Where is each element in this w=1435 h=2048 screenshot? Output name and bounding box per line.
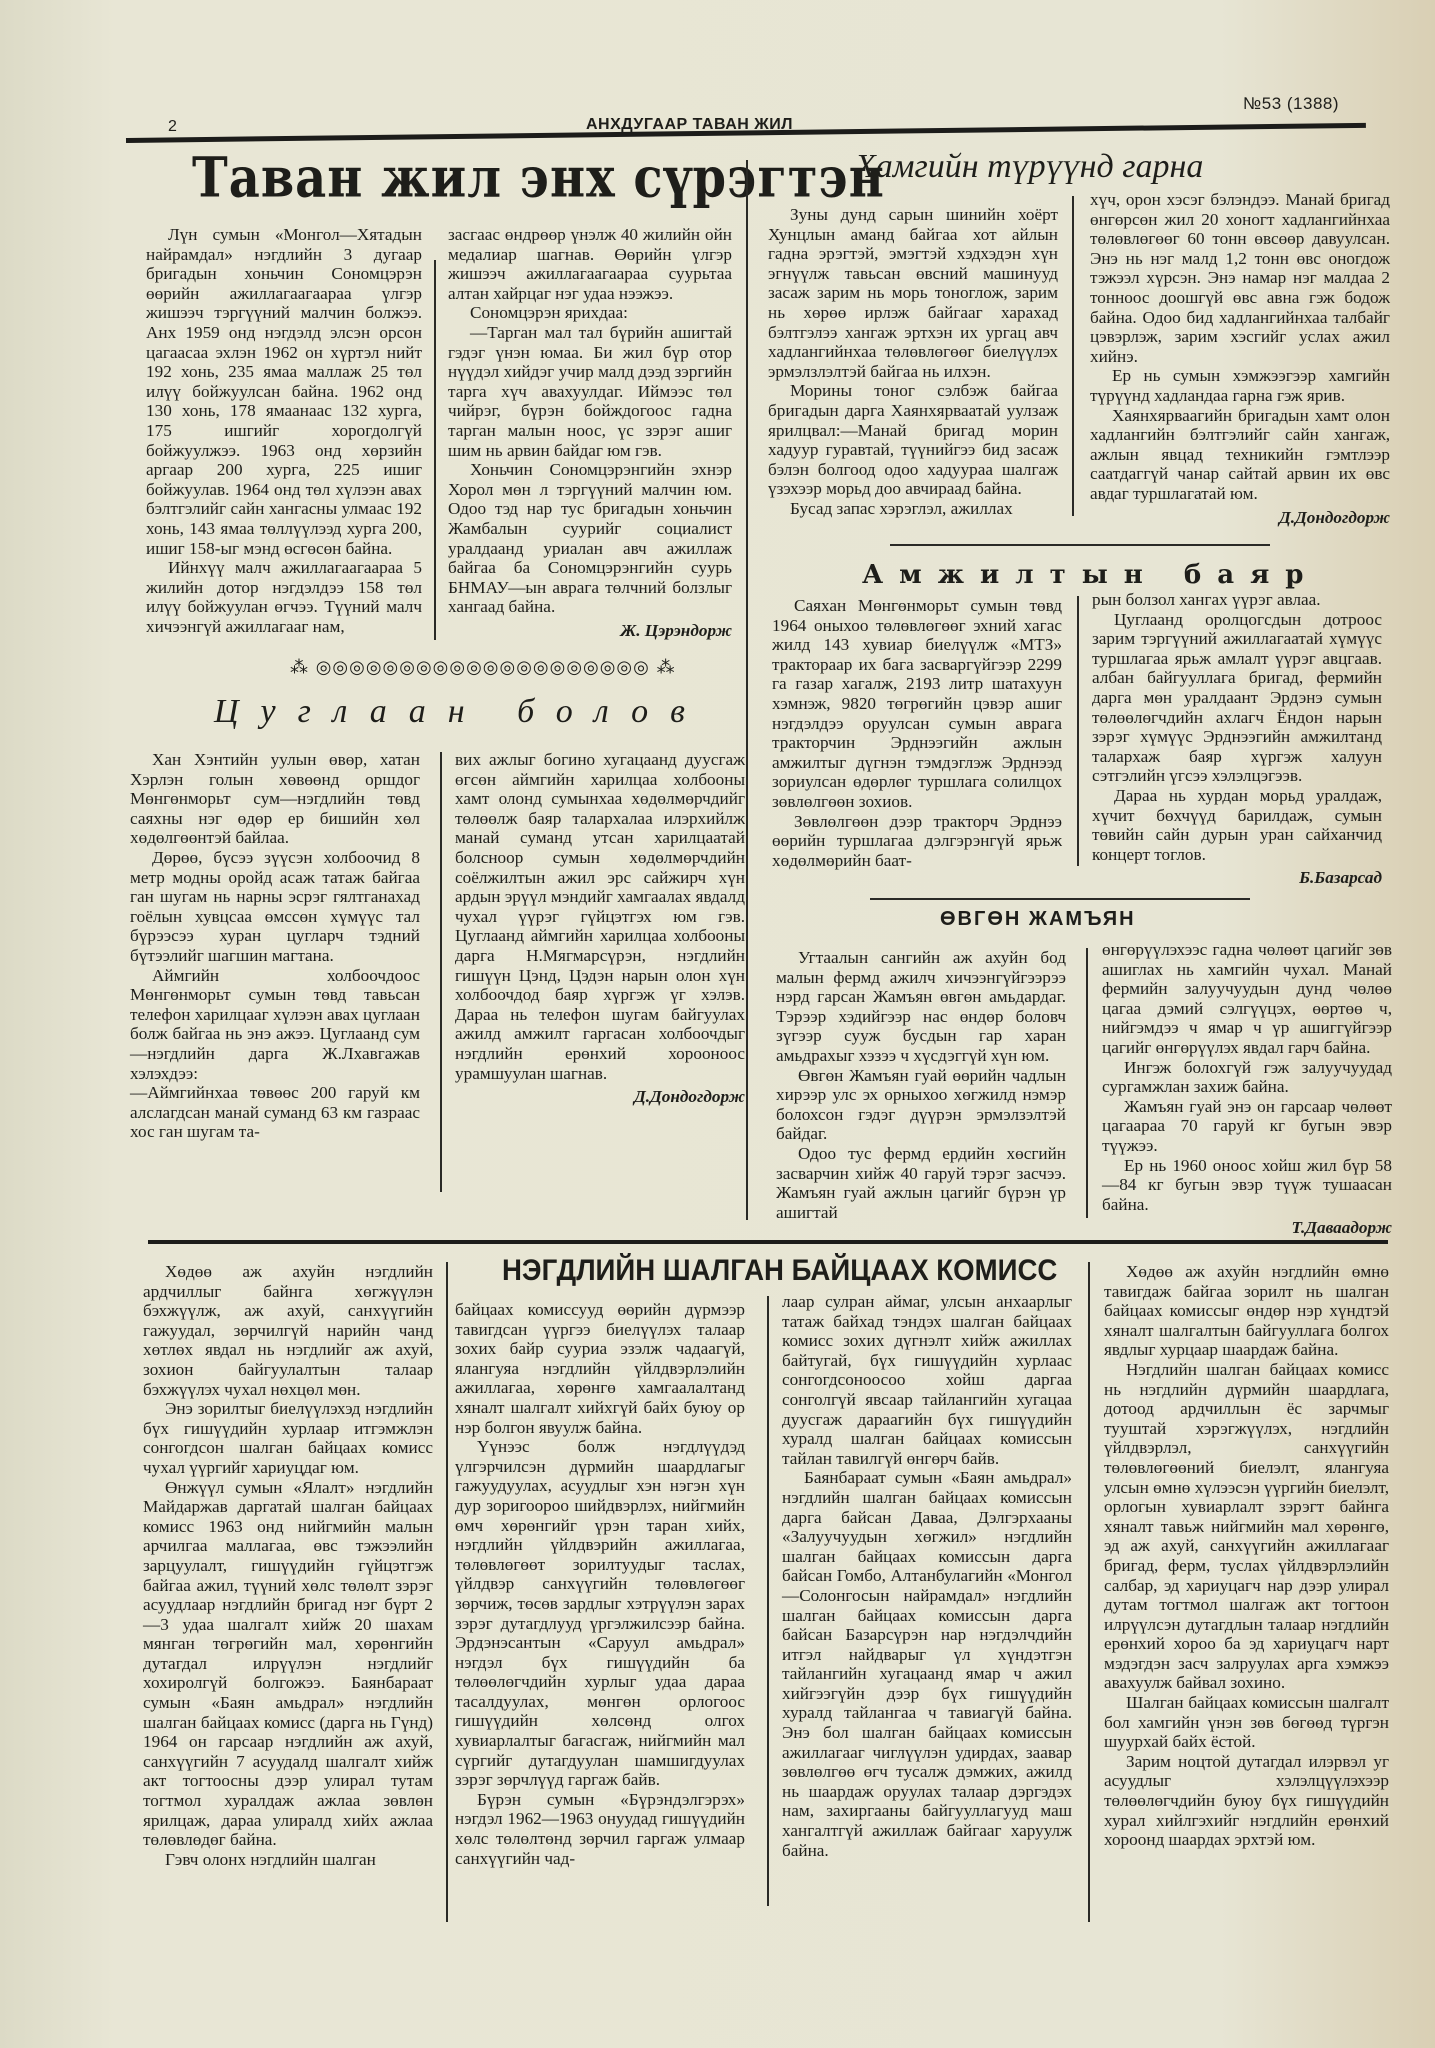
column-divider — [1072, 196, 1074, 516]
paragraph: Ер нь 1960 оноос хойш жил бүр 58—84 кг б… — [1102, 1156, 1392, 1215]
paragraph: өнгөрүүлэхээс гадна чөлөөт цагийг зөв аш… — [1102, 940, 1392, 1058]
headline-tavan-jil: Таван жил энх сүрэгтэн — [192, 146, 885, 210]
ovgon-col1: Угтаалын сангийн аж ахуйн бод малын ферм… — [776, 948, 1066, 1222]
paragraph: Одоо тус фермд ердийн хөсгийн засварчин … — [776, 1144, 1066, 1222]
paragraph: рын болзол хангах үүрэг авлаа. — [1092, 590, 1382, 610]
author-signature: Д.Дондогдорж — [455, 1087, 745, 1107]
author-signature: Б.Базарсад — [1092, 868, 1382, 888]
paragraph: вих ажлыг богино хугацаанд дуусгаж өгсөн… — [455, 750, 745, 1083]
column-divider — [440, 752, 442, 1192]
column-divider — [1077, 596, 1079, 866]
shalgan-col3: лаар сулран аймаг, улсын анхаарлыг татаж… — [782, 1292, 1072, 1860]
headline-ovgon: ӨВГӨН ЖАМЪЯН — [940, 908, 1136, 931]
paragraph: Хоньчин Сономцэрэнгийн эхнэр Хорол мөн л… — [448, 460, 732, 617]
headline-hamgiin-turuund: Хамгийн түрүүнд гарна — [855, 148, 1203, 186]
column-divider — [1088, 1262, 1090, 1922]
paragraph: Дараа нь хурдан морьд уралдаж, хүчит бөх… — [1092, 786, 1382, 864]
author-signature: Д.Дондогдорж — [1090, 508, 1390, 528]
headline-amjilt: Амжилтын баяр — [862, 560, 1319, 590]
newspaper-page: 2 АНХДУГААР ТАВАН ЖИЛ №53 (1388) Таван ж… — [0, 0, 1435, 2048]
paragraph: Энэ зорилтыг биелүүлэхэд нэгдлийн бүх ги… — [143, 1399, 433, 1477]
paragraph: Хан Хэнтийн уулын өвөр, хатан Хэрлэн гол… — [130, 750, 420, 848]
paragraph: Гэвч олонх нэгдлийн шалган — [143, 1850, 433, 1870]
paragraph: Ингэж болохгүй гэж залуучуудад сургамжла… — [1102, 1058, 1392, 1097]
column-divider — [446, 1262, 448, 1922]
paragraph: Хаянхярваагийн бригадын хамт олон хадлан… — [1090, 406, 1390, 504]
paragraph: Нэгдлийн шалган байцаах комисс нь нэгдли… — [1104, 1360, 1389, 1693]
lower-section-rule — [148, 1240, 1388, 1244]
ovgon-col2: өнгөрүүлэхээс гадна чөлөөт цагийг зөв аш… — [1102, 940, 1392, 1238]
paragraph: байцаах комиссууд өөрийн дүрмээр тавигдс… — [455, 1300, 745, 1437]
paragraph: Ийнхүү малч ажиллагаагаараа 5 жилийн дот… — [146, 558, 422, 636]
paragraph: Сономцэрэн ярихдаа: — [448, 303, 732, 323]
issue-number: №53 (1388) — [1243, 94, 1339, 114]
paragraph: хүч, орон хэсэг бэлэндээ. Манай бригад ө… — [1090, 190, 1390, 366]
paragraph: Бусад запас хэрэглэл, ажиллах — [768, 499, 1058, 519]
page-column-divider — [746, 160, 748, 1220]
paragraph: Лүн сумын «Монгол—Хятадын найрамдал» нэг… — [146, 225, 422, 558]
paragraph: Баянбараат сумын «Баян амьдрал» нэгдлийн… — [782, 1468, 1072, 1860]
column-divider — [767, 1296, 769, 1906]
page-number: 2 — [168, 118, 177, 136]
shalgan-col4: Хөдөө аж ахуйн нэгдлийн өмнө тавигдаж ба… — [1104, 1262, 1389, 1850]
section-rule — [870, 898, 1250, 900]
column-divider — [1086, 948, 1088, 1218]
author-signature: Т.Даваадорж — [1102, 1218, 1392, 1238]
paragraph: Саяхан Мөнгөнморьт сумын төвд 1964 оныхо… — [772, 596, 1062, 812]
paragraph: Цуглаанд оролцогсдын дотроос зарим тэргү… — [1092, 610, 1382, 786]
tsuglaan-col1: Хан Хэнтийн уулын өвөр, хатан Хэрлэн гол… — [130, 750, 420, 1142]
paragraph: Шалган байцаах комиссын шалгалт бол хамг… — [1104, 1693, 1389, 1752]
paragraph: —Аймгийнхаа төвөөс 200 гаруй км алслагдс… — [130, 1083, 420, 1142]
paragraph: Ер нь сумын хэмжээгээр хамгийн түрүүнд х… — [1090, 366, 1390, 405]
tsuglaan-col2: вих ажлыг богино хугацаанд дуусгаж өгсөн… — [455, 750, 745, 1107]
paragraph: Өнжүүл сумын «Ялалт» нэгдлийн Майдаржав … — [143, 1478, 433, 1850]
amjilt-col1: Саяхан Мөнгөнморьт сумын төвд 1964 оныхо… — [772, 596, 1062, 870]
paragraph: засгаас өндрөөр үнэлж 40 жилийн ойн меда… — [448, 225, 732, 303]
headline-tsuglaan: Цуглаан болов — [214, 693, 707, 731]
paragraph: Жамъян гуай энэ он гарсаар чөлөөт цагаар… — [1102, 1097, 1392, 1156]
paragraph: Өвгөн Жамъян гуай өөрийн чадлын хирээр у… — [776, 1066, 1066, 1144]
amjilt-col2: рын болзол хангах үүрэг авлаа. Цуглаанд … — [1092, 590, 1382, 888]
paragraph: Морины тоног сэлбэж байгаа бригадын дарг… — [768, 381, 1058, 499]
shalgan-col1: Хөдөө аж ахуйн нэгдлийн ардчиллыг байнга… — [143, 1262, 433, 1869]
tavan-jil-col1: Лүн сумын «Монгол—Хятадын найрамдал» нэг… — [146, 225, 422, 636]
paragraph: Хөдөө аж ахуйн нэгдлийн өмнө тавигдаж ба… — [1104, 1262, 1389, 1360]
hamgiin-col2: хүч, орон хэсэг бэлэндээ. Манай бригад ө… — [1090, 190, 1390, 527]
paragraph: Үүнээс болж нэгдлүүдэд үлгэрчилсэн дүрми… — [455, 1437, 745, 1790]
author-signature: Ж. Цэрэндорж — [448, 621, 732, 641]
paragraph: Угтаалын сангийн аж ахуйн бод малын ферм… — [776, 948, 1066, 1066]
paragraph: Хөдөө аж ахуйн нэгдлийн ардчиллыг байнга… — [143, 1262, 433, 1399]
column-divider — [434, 260, 436, 640]
tavan-jil-col2: засгаас өндрөөр үнэлж 40 жилийн ойн меда… — [448, 225, 732, 640]
paragraph: лаар сулран аймаг, улсын анхаарлыг татаж… — [782, 1292, 1072, 1468]
paragraph: Бүрэн сумын «Бүрэндэлгэрэх» нэгдэл 1962—… — [455, 1790, 745, 1868]
paragraph: Дөрөө, бүсээ зүүсэн холбоочид 8 метр мод… — [130, 848, 420, 966]
section-rule — [890, 544, 1270, 546]
paragraph: —Тарган мал тал бүрийн ашигтай гэдэг үнэ… — [448, 323, 732, 460]
paragraph: Зуны дунд сарын шинийн хоёрт Хунцлын ама… — [768, 205, 1058, 381]
ornament-divider: ⁂ ◎◎◎◎◎◎◎◎◎◎◎◎◎◎◎◎◎◎◎◎ ⁂ — [290, 657, 676, 678]
headline-shalgan: НЭГДЛИЙН ШАЛГАН БАЙЦААХ КОМИСС — [502, 1254, 1057, 1288]
paragraph: Аймгийн холбоочдоос Мөнгөнморьт сумын тө… — [130, 966, 420, 1084]
paragraph: Зөвлөлгөөн дээр тракторч Эрднээ өөрийн т… — [772, 812, 1062, 871]
paragraph: Зарим ноцтой дутагдал илэрвэл уг асуудлы… — [1104, 1752, 1389, 1850]
hamgiin-col1: Зуны дунд сарын шинийн хоёрт Хунцлын ама… — [768, 205, 1058, 519]
shalgan-col2: байцаах комиссууд өөрийн дүрмээр тавигдс… — [455, 1300, 745, 1868]
